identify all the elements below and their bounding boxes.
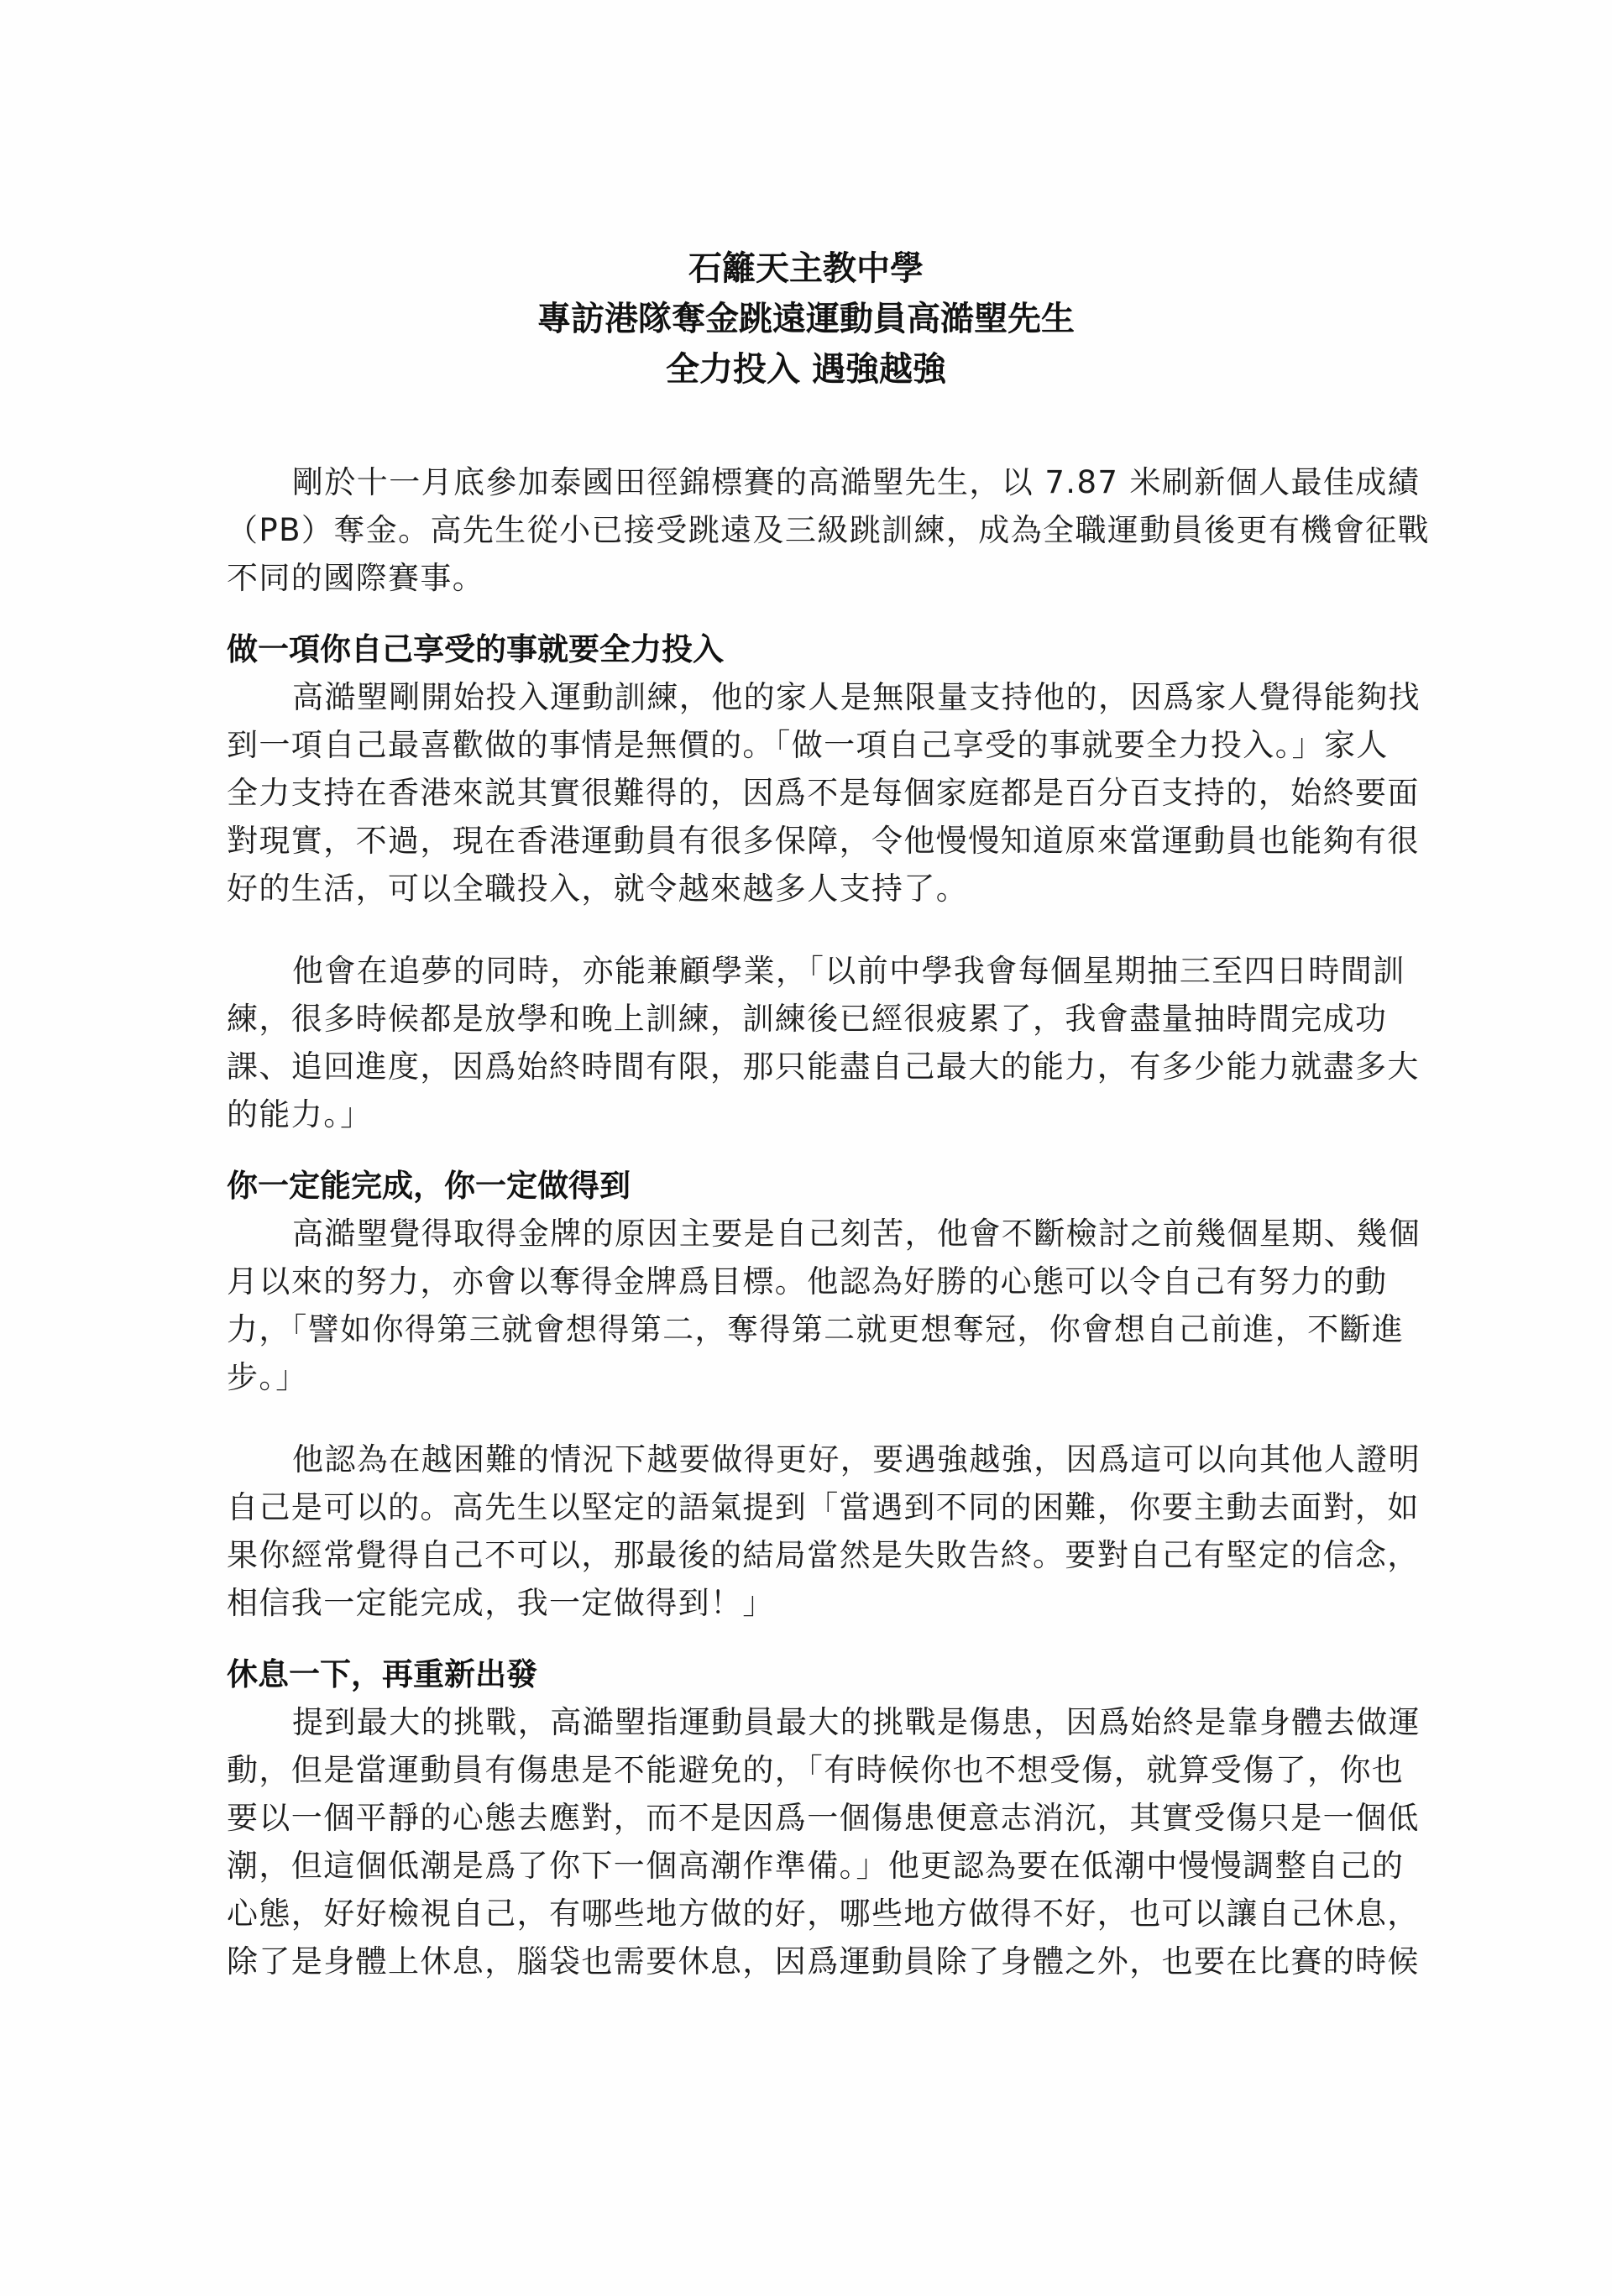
text-line: 除了是身體上休息，腦袋也需要休息，因爲運動員除了身體之外，也要在比賽的時候	[227, 1938, 1402, 1985]
text-line: 全力支持在香港來説其實很難得的，因爲不是每個家庭都是百分百支持的，始終要面	[227, 769, 1402, 817]
section-heading: 休息一下，再重新出發	[227, 1650, 1402, 1698]
section-rest-and-restart: 休息一下，再重新出發 提到最大的挑戰，高澔朢指運動員最大的挑戰是傷患，因爲始終是…	[227, 1650, 1402, 1985]
text-line: 他會在追夢的同時，亦能兼顧學業，「以前中學我會每個星期抽三至四日時間訓	[227, 947, 1402, 995]
text-line: 要以一個平靜的心態去應對，而不是因爲一個傷患便意志消沉，其實受傷只是一個低	[227, 1794, 1402, 1842]
body-paragraph: 提到最大的挑戰，高澔朢指運動員最大的挑戰是傷患，因爲始終是靠身體去做運 動，但是…	[227, 1698, 1402, 1985]
intro-paragraph: 剛於十一月底參加泰國田徑錦標賽的高澔朢先生，以 7.87 米刷新個人最佳成績 （…	[227, 458, 1402, 602]
body-paragraph: 高澔朢覺得取得金牌的原因主要是自己刻苦，他會不斷檢討之前幾個星期、幾個 月以來的…	[227, 1210, 1402, 1401]
text-line: 提到最大的挑戰，高澔朢指運動員最大的挑戰是傷患，因爲始終是靠身體去做運	[227, 1698, 1402, 1746]
text-line: 心態，好好檢視自己，有哪些地方做的好，哪些地方做得不好，也可以讓自己休息，	[227, 1890, 1402, 1938]
text-line: 相信我一定能完成，我一定做得到！」	[227, 1579, 1402, 1627]
section-heading: 你一定能完成，你一定做得到	[227, 1162, 1402, 1210]
text-line: 高澔朢覺得取得金牌的原因主要是自己刻苦，他會不斷檢討之前幾個星期、幾個	[227, 1210, 1402, 1258]
text-line: 對現實，不過，現在香港運動員有很多保障，令他慢慢知道原來當運動員也能夠有很	[227, 817, 1402, 865]
body-paragraph: 他認為在越困難的情況下越要做得更好，要遇強越強，因爲這可以向其他人證明 自己是可…	[227, 1436, 1402, 1627]
text-line: 練，很多時候都是放學和晚上訓練，訓練後已經很疲累了，我會盡量抽時間完成功	[227, 995, 1402, 1043]
section-you-can-do-it: 你一定能完成，你一定做得到 高澔朢覺得取得金牌的原因主要是自己刻苦，他會不斷檢討…	[227, 1162, 1402, 1627]
article-body: 剛於十一月底參加泰國田徑錦標賽的高澔朢先生，以 7.87 米刷新個人最佳成績 （…	[227, 458, 1402, 1985]
text-line: 的能力。」	[227, 1090, 1402, 1138]
scanned-document-page: 石籬天主教中學 專訪港隊奪金跳遠運動員高澔朢先生 全力投入 遇強越強 剛於十一月…	[0, 0, 1612, 2296]
text-line: 不同的國際賽事。	[227, 554, 1402, 602]
text-line: 月以來的努力，亦會以奪得金牌爲目標。他認為好勝的心態可以令自己有努力的動	[227, 1258, 1402, 1305]
text-line: 潮，但這個低潮是爲了你下一個高潮作準備。」他更認為要在低潮中慢慢調整自己的	[227, 1842, 1402, 1890]
text-line: 步。」	[227, 1353, 1402, 1401]
interview-title: 專訪港隊奪金跳遠運動員高澔朢先生	[0, 294, 1612, 344]
school-name-title: 石籬天主教中學	[0, 243, 1612, 294]
text-line: 好的生活，可以全職投入，就令越來越多人支持了。	[227, 865, 1402, 913]
body-paragraph: 高澔朢剛開始投入運動訓練，他的家人是無限量支持他的，因爲家人覺得能夠找 到一項自…	[227, 673, 1402, 913]
text-line: 高澔朢剛開始投入運動訓練，他的家人是無限量支持他的，因爲家人覺得能夠找	[227, 673, 1402, 721]
text-line: （PB）奪金。高先生從小已接受跳遠及三級跳訓練，成為全職運動員後更有機會征戰	[227, 506, 1402, 554]
text-line: 自己是可以的。高先生以堅定的語氣提到「當遇到不同的困難，你要主動去面對，如	[227, 1483, 1402, 1531]
body-paragraph: 他會在追夢的同時，亦能兼顧學業，「以前中學我會每個星期抽三至四日時間訓 練，很多…	[227, 947, 1402, 1138]
article-subtitle: 全力投入 遇強越強	[0, 344, 1612, 395]
section-full-commitment: 做一項你自己享受的事就要全力投入 高澔朢剛開始投入運動訓練，他的家人是無限量支持…	[227, 625, 1402, 1138]
text-line: 果你經常覺得自己不可以，那最後的結局當然是失敗告終。要對自己有堅定的信念，	[227, 1531, 1402, 1579]
section-heading: 做一項你自己享受的事就要全力投入	[227, 625, 1402, 673]
text-line: 他認為在越困難的情況下越要做得更好，要遇強越強，因爲這可以向其他人證明	[227, 1436, 1402, 1483]
text-line: 到一項自己最喜歡做的事情是無價的。「做一項自己享受的事就要全力投入。」家人	[227, 721, 1402, 769]
document-title-block: 石籬天主教中學 專訪港隊奪金跳遠運動員高澔朢先生 全力投入 遇強越強	[0, 243, 1612, 395]
text-line: 力，「譬如你得第三就會想得第二，奪得第二就更想奪冠，你會想自己前進，不斷進	[227, 1305, 1402, 1353]
text-line: 動，但是當運動員有傷患是不能避免的，「有時候你也不想受傷，就算受傷了，你也	[227, 1746, 1402, 1794]
text-line: 課、追回進度，因爲始終時間有限，那只能盡自己最大的能力，有多少能力就盡多大	[227, 1043, 1402, 1090]
text-line: 剛於十一月底參加泰國田徑錦標賽的高澔朢先生，以 7.87 米刷新個人最佳成績	[227, 458, 1402, 506]
